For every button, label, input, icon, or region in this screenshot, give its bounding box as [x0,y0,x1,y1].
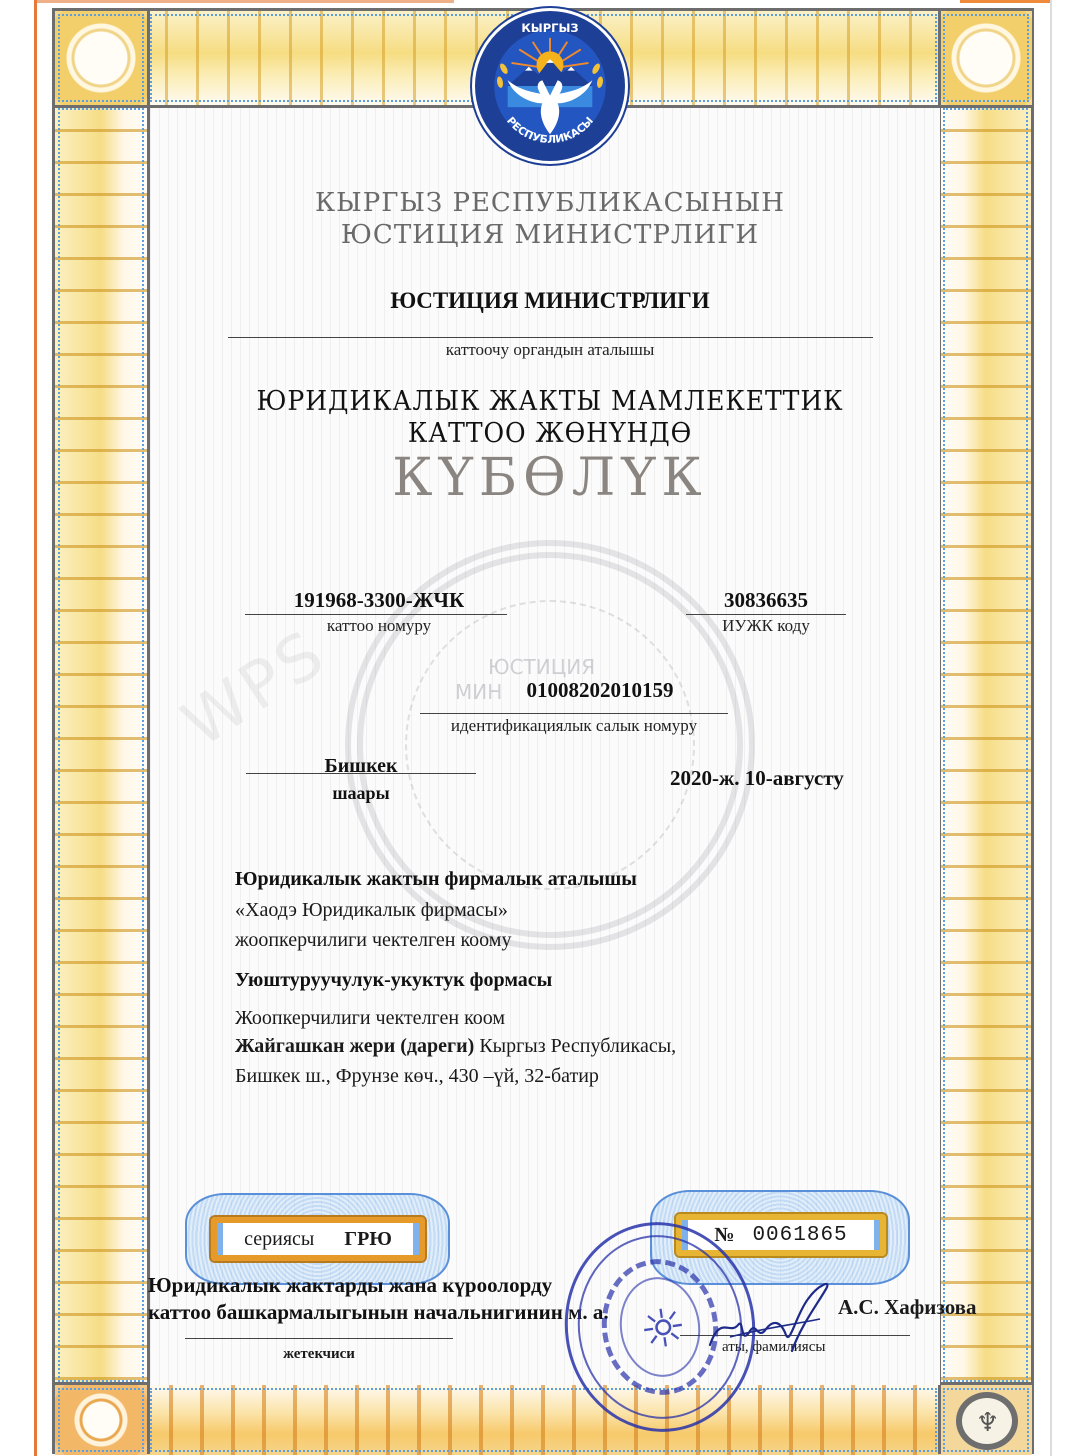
paper-edge-right [1050,0,1052,1456]
registering-body: ЮСТИЦИЯ МИНИСТРЛИГИ [250,288,850,314]
certificate-number: 0061865 [752,1224,847,1247]
city-rule [246,773,476,774]
series-plaque: сериясы ГРЮ [185,1193,450,1285]
background-ministry-seal-inner-ring [405,600,695,890]
tax-id-number: 01008202010159 [420,678,780,703]
signatory-position-rule [185,1338,453,1339]
certificate-title-line-2: КАТТОО ЖӨНҮНДӨ [225,418,876,449]
registration-number-caption: каттоо номуру [248,616,510,636]
address-value-1: Кыргыз Республикасы, [474,1035,676,1057]
frame-band-bottom [147,1385,940,1455]
paper-edge-top [34,0,454,3]
handwritten-signature [700,1275,840,1365]
legal-form-value: Жоопкерчилиги чектелген коом [235,1007,505,1030]
firm-name-line-1: «Хаодэ Юридикалык фирмасы» [235,899,508,922]
series-label: сериясы [244,1228,314,1251]
city: Бишкек [246,755,476,778]
ministry-engraved-line-1: КЫРГЫЗ РЕСПУБЛИКАСЫНЫН [250,188,850,218]
corner-seal-icon: ♆ [956,1392,1018,1450]
series-box: сериясы ГРЮ [211,1217,425,1261]
frame-corner-rosette-icon [55,1385,147,1455]
paper-edge-left [34,0,37,1456]
paper-edge-top-right [960,0,1050,3]
number-sign: № [714,1224,734,1247]
okpo-code-rule [686,614,846,615]
frame-band-right [940,105,1031,1385]
frame-corner-rosette-icon [940,11,1032,105]
svg-text:КЫРГЫЗ: КЫРГЫЗ [521,21,578,35]
frame-band-left [55,105,147,1385]
firm-name-label: Юридикалык жактын фирмалык аталышы [235,868,637,891]
registration-date: 2020-ж. 10-августу [670,766,844,791]
signatory-position-caption: жетекчиси [185,1346,453,1363]
signatory-name: А.С. Хафизова [838,1295,977,1320]
tax-id-rule [420,713,728,714]
okpo-code-caption: ИУЖК коду [686,616,846,636]
ministry-engraved-line-2: ЮСТИЦИЯ МИНИСТРЛИГИ [250,220,850,250]
city-caption: шаары [246,783,476,804]
background-seal-text: ЮСТИЦИЯ [488,655,595,679]
registering-body-rule [228,337,873,338]
legal-form-label: Уюштуруучулук-укуктук формасы [235,969,552,992]
stamp-emblem-icon: ☼ [626,1292,701,1367]
signatory-position-line-1: Юридикалык жактарды жана күроолорду [148,1273,552,1298]
address-line-2: Бишкек ш., Фрунзе көч., 430 –үй, 32-бати… [235,1065,599,1088]
registration-number: 191968-3300-ЖЧК [248,588,510,613]
firm-name-line-2: жоопкерчилиги чектелген коому [235,929,511,952]
certificate-title-main: КҮБӨЛҮК [250,448,850,508]
series-value: ГРЮ [344,1228,391,1251]
okpo-code: 30836635 [686,588,846,613]
signatory-position-line-2: каттоо башкармалыгынын начальнигинин м. … [148,1300,609,1325]
tax-id-caption: идентификациялык салык номуру [420,716,728,736]
registration-number-rule [245,614,507,615]
frame-corner-rosette-icon [55,11,147,105]
registering-body-caption: каттоочу органдын аталышы [250,340,850,360]
kyrgyz-state-emblem-icon: КЫРГЫЗ РЕСПУБЛИКАСЫ [472,8,628,164]
address-label: Жайгашкан жери (дареги) [235,1035,474,1057]
certificate-title-line-1: ЮРИДИКАЛЫК ЖАКТЫ МАМЛЕКЕТТИК [225,386,876,417]
address-line-1: Жайгашкан жери (дареги) Кыргыз Республик… [235,1035,676,1058]
